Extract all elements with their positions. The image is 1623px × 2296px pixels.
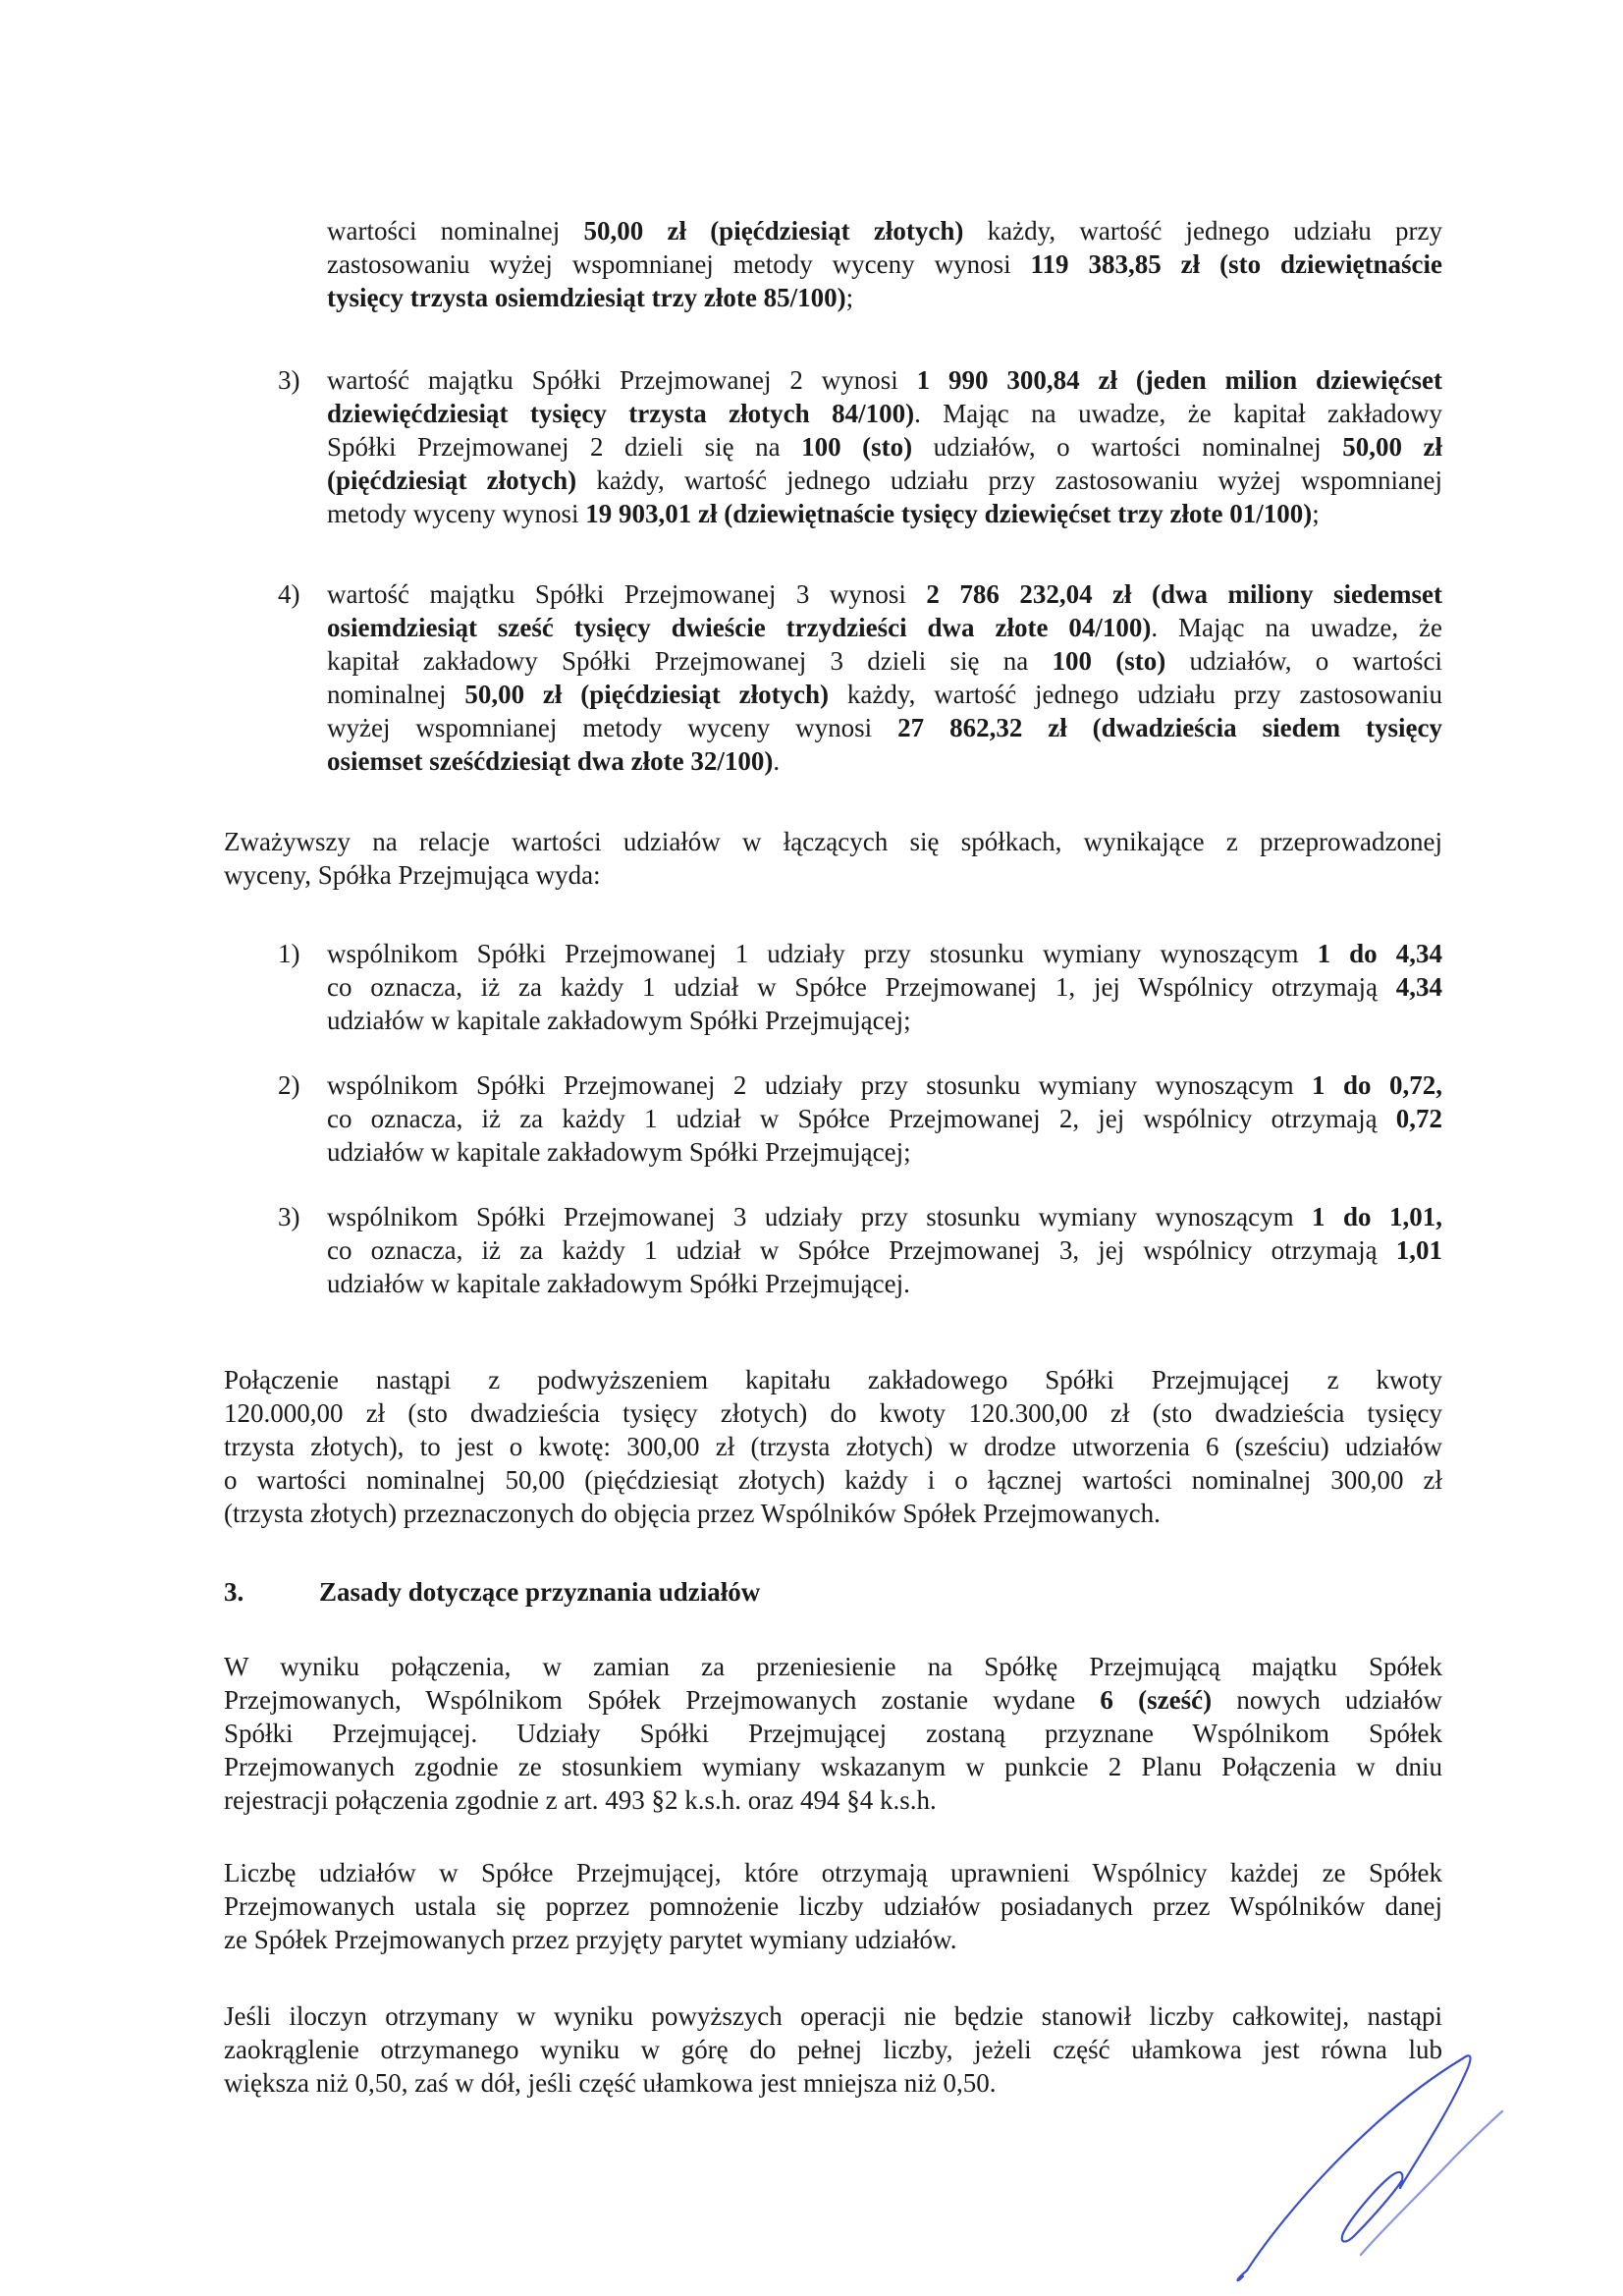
text-line: Zważywszy na relacje wartości udziałów w… [224, 825, 1442, 858]
text-line: Jeśli iloczyn otrzymany w wyniku powyższ… [224, 1999, 1442, 2033]
exchange-item-number: 2) [278, 1068, 300, 1102]
text-line: Liczbę udziałów w Spółce Przejmującej, k… [224, 1856, 1442, 1889]
text-line: (trzysta złotych) przeznaczonych do obję… [224, 1497, 1442, 1530]
section-paragraph-shares-allocation: W wyniku połączenia, w zamian za przenie… [224, 1650, 1442, 1817]
text-line: ze Spółek Przejmowanych przez przyjęty p… [224, 1923, 1442, 1956]
text-line: tysięcy trzysta osiemdziesiąt trzy złote… [327, 281, 1442, 314]
text-line: Przejmowanych ustala się poprzez pomnoże… [224, 1889, 1442, 1923]
text-line: udziałów w kapitale zakładowym Spółki Pr… [327, 1267, 1442, 1300]
text-line: zastosowaniu wyżej wspomnianej metody wy… [327, 247, 1442, 281]
text-line: 120.000,00 zł (sto dwadzieścia tysięcy z… [224, 1396, 1442, 1430]
text-line: wspólnikom Spółki Przejmowanej 1 udziały… [327, 937, 1442, 970]
text-line: (pięćdziesiąt złotych) każdy, wartość je… [327, 464, 1442, 497]
valuation-item-number: 4) [278, 577, 300, 611]
text-line: co oznacza, iż za każdy 1 udział w Spółc… [327, 1102, 1442, 1135]
section-title: Zasady dotyczące przyznania udziałów [319, 1575, 760, 1609]
text-line: wspólnikom Spółki Przejmowanej 2 udziały… [327, 1068, 1442, 1102]
text-line: wyżej wspomnianej metody wyceny wynosi 2… [327, 711, 1442, 744]
text-line: Przejmowanych zgodnie ze stosunkiem wymi… [224, 1750, 1442, 1783]
text-line: o wartości nominalnej 50,00 (pięćdziesią… [224, 1463, 1442, 1497]
valuation-item-spolka-3: wartość majątku Spółki Przejmowanej 3 wy… [327, 577, 1442, 778]
exchange-item-2: wspólnikom Spółki Przejmowanej 2 udziały… [327, 1068, 1442, 1169]
exchange-item-number: 1) [278, 937, 300, 970]
text-line: wspólnikom Spółki Przejmowanej 3 udziały… [327, 1200, 1442, 1233]
continuation-text: wartości nominalnej 50,00 zł (pięćdziesi… [327, 214, 1442, 314]
text-line: metody wyceny wynosi 19 903,01 zł (dziew… [327, 497, 1442, 530]
text-line: udziałów w kapitale zakładowym Spółki Pr… [327, 1135, 1442, 1169]
exchange-item-number: 3) [278, 1200, 300, 1233]
text-line: osiemset sześćdziesiąt dwa złote 32/100)… [327, 744, 1442, 778]
exchange-item-1: wspólnikom Spółki Przejmowanej 1 udziały… [327, 937, 1442, 1037]
text-line: trzysta złotych), to jest o kwotę: 300,0… [224, 1430, 1442, 1463]
text-line: wartości nominalnej 50,00 zł (pięćdziesi… [327, 214, 1442, 247]
text-line: Spółki Przejmującej. Udziały Spółki Prze… [224, 1717, 1442, 1750]
valuation-item-spolka-2: wartość majątku Spółki Przejmowanej 2 wy… [327, 363, 1442, 530]
text-line: Spółki Przejmowanej 2 dzieli się na 100 … [327, 430, 1442, 464]
section-paragraph-share-count: Liczbę udziałów w Spółce Przejmującej, k… [224, 1856, 1442, 1956]
section-number: 3. [224, 1575, 243, 1609]
capital-increase-paragraph: Połączenie nastąpi z podwyższeniem kapit… [224, 1363, 1442, 1530]
text-line: W wyniku połączenia, w zamian za przenie… [224, 1650, 1442, 1683]
text-line: wartość majątku Spółki Przejmowanej 3 wy… [327, 577, 1442, 611]
text-line: kapitał zakładowy Spółki Przejmowanej 3 … [327, 644, 1442, 678]
text-line: co oznacza, iż za każdy 1 udział w Spółc… [327, 1233, 1442, 1267]
text-line: co oznacza, iż za każdy 1 udział w Spółc… [327, 970, 1442, 1004]
exchange-item-3: wspólnikom Spółki Przejmowanej 3 udziały… [327, 1200, 1442, 1300]
text-line: rejestracji połączenia zgodnie z art. 49… [224, 1783, 1442, 1817]
text-line: dziewięćdziesiąt tysięcy trzysta złotych… [327, 397, 1442, 430]
handwritten-signature-icon [1227, 2052, 1522, 2296]
intro-paragraph: Zważywszy na relacje wartości udziałów w… [224, 825, 1442, 892]
text-line: Połączenie nastąpi z podwyższeniem kapit… [224, 1363, 1442, 1396]
text-line: wyceny, Spółka Przejmująca wyda: [224, 858, 1442, 892]
valuation-item-number: 3) [278, 363, 300, 397]
text-line: wartość majątku Spółki Przejmowanej 2 wy… [327, 363, 1442, 397]
text-line: osiemdziesiąt sześć tysięcy dwieście trz… [327, 611, 1442, 644]
text-line: Przejmowanych, Wspólnikom Spółek Przejmo… [224, 1683, 1442, 1717]
text-line: nominalnej 50,00 zł (pięćdziesiąt złotyc… [327, 678, 1442, 711]
document-page: wartości nominalnej 50,00 zł (pięćdziesi… [0, 0, 1623, 2296]
text-line: udziałów w kapitale zakładowym Spółki Pr… [327, 1004, 1442, 1037]
